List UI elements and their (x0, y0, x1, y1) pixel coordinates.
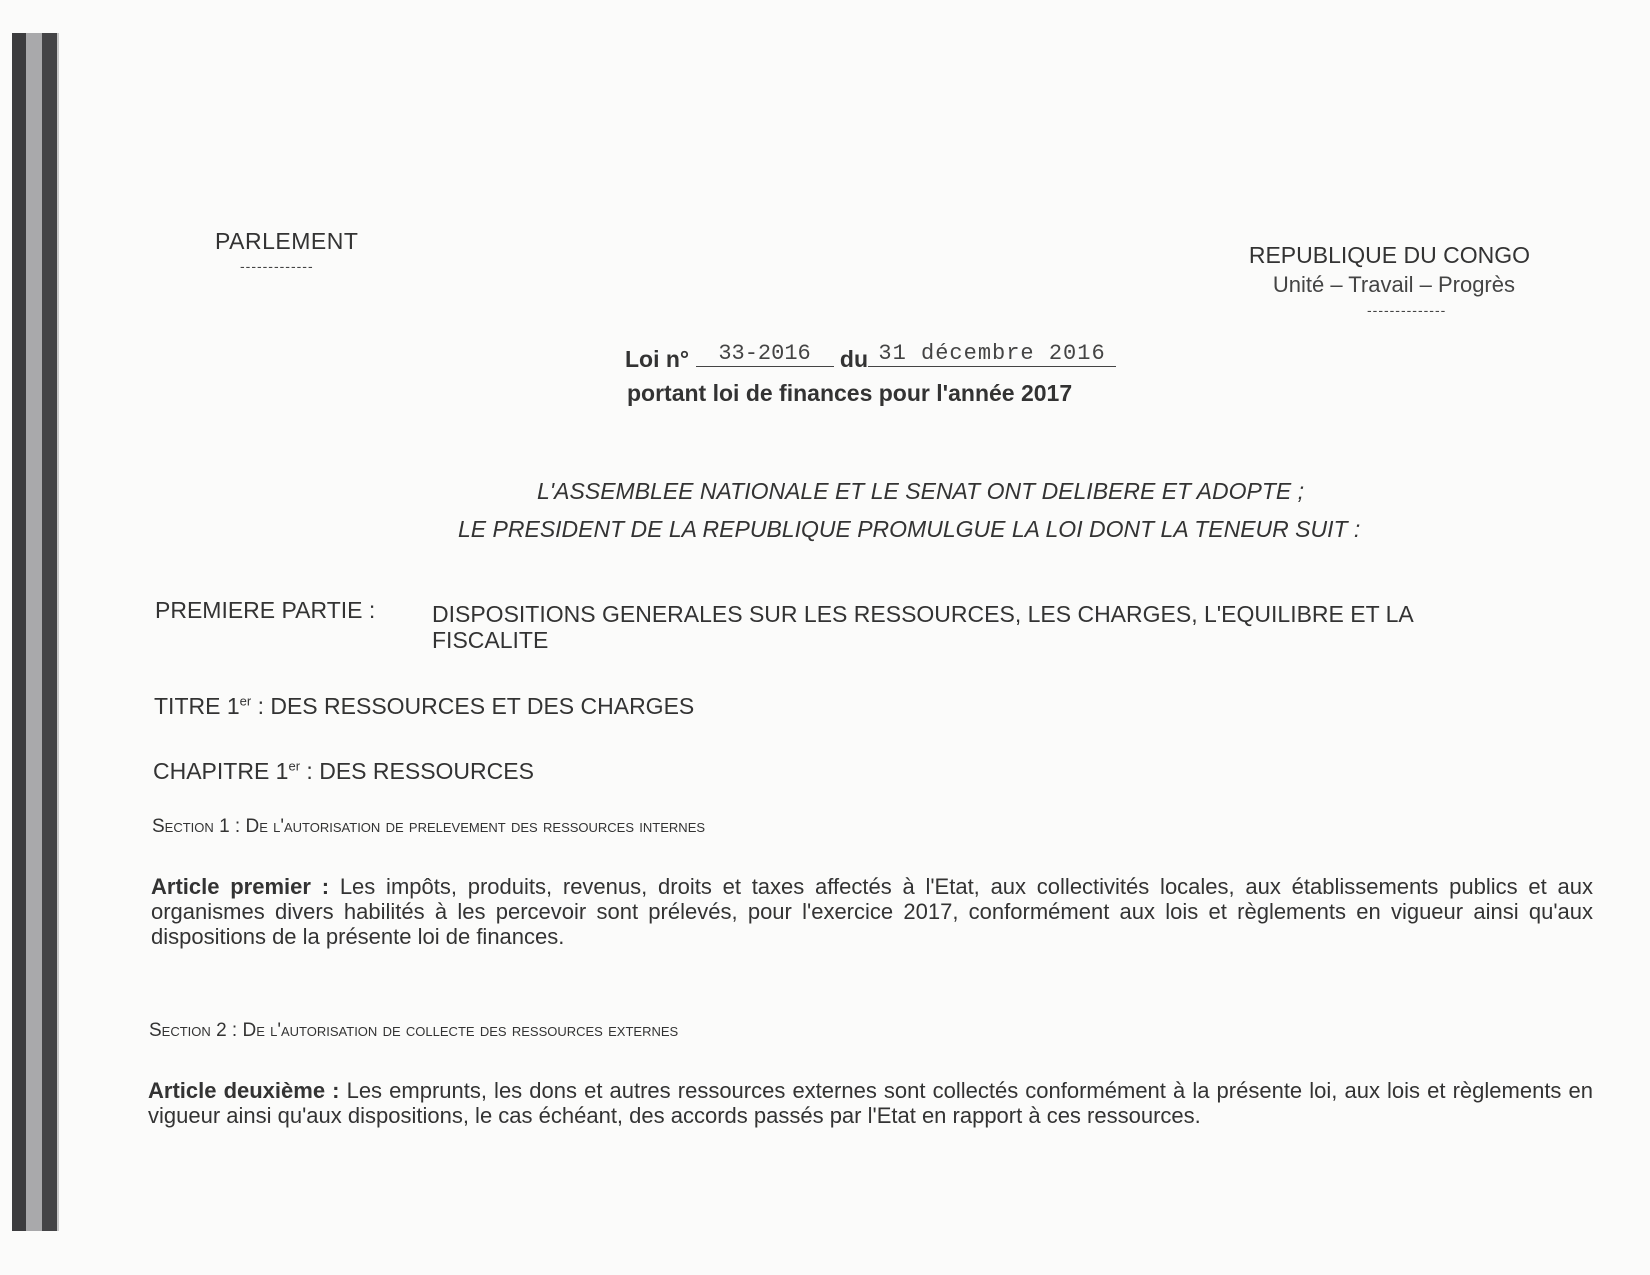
chapitre-heading: CHAPITRE 1er : DES RESSOURCES (153, 758, 534, 785)
header-institution: PARLEMENT (215, 228, 358, 255)
article-premier-text: Les impôts, produits, revenus, droits et… (151, 874, 1593, 949)
article-premier: Article premier : Les impôts, produits, … (151, 874, 1593, 949)
chapitre-title: : DES RESSOURCES (300, 758, 534, 784)
partie-title: DISPOSITIONS GENERALES SUR LES RESSOURCE… (432, 601, 1432, 653)
section-1-heading: Section 1 : De l'autorisation de preleve… (152, 816, 705, 838)
article-deuxieme-text: Les emprunts, les dons et autres ressour… (148, 1078, 1593, 1128)
law-title: Loi n° 33-2016 du31 décembre 2016 (625, 346, 1116, 375)
article-deuxieme-label: Article deuxième : (148, 1078, 339, 1103)
promulgation-line-2: LE PRESIDENT DE LA REPUBLIQUE PROMULGUE … (458, 516, 1360, 543)
header-motto: Unité – Travail – Progrès (1273, 272, 1515, 298)
titre-heading: TITRE 1er : DES RESSOURCES ET DES CHARGE… (154, 693, 694, 720)
law-number: 33-2016 (696, 341, 834, 367)
law-date-prefix: du (840, 346, 868, 372)
scan-binding-edge (12, 33, 60, 1231)
law-prefix: Loi n° (625, 346, 689, 372)
article-premier-label: Article premier : (151, 874, 329, 899)
titre-title: : DES RESSOURCES ET DES CHARGES (251, 693, 694, 719)
header-left-separator: ------------- (240, 258, 314, 274)
titre-label: TITRE 1 (154, 693, 240, 719)
header-right-separator: -------------- (1367, 302, 1446, 318)
titre-sup: er (240, 693, 252, 708)
law-date: 31 décembre 2016 (868, 341, 1116, 367)
chapitre-label: CHAPITRE 1 (153, 758, 288, 784)
chapitre-sup: er (288, 758, 300, 773)
binding-strip-light (26, 33, 42, 1231)
law-subtitle: portant loi de finances pour l'année 201… (627, 380, 1072, 407)
section-2-heading: Section 2 : De l'autorisation de collect… (149, 1020, 678, 1042)
binding-strip-dark (42, 33, 57, 1231)
binding-strip-dark (12, 33, 26, 1231)
partie-label: PREMIERE PARTIE : (155, 597, 375, 624)
article-deuxieme: Article deuxième : Les emprunts, les don… (148, 1078, 1593, 1128)
promulgation-line-1: L'ASSEMBLEE NATIONALE ET LE SENAT ONT DE… (537, 478, 1304, 505)
header-country: REPUBLIQUE DU CONGO (1249, 242, 1530, 269)
binding-strip-edge (57, 33, 59, 1231)
